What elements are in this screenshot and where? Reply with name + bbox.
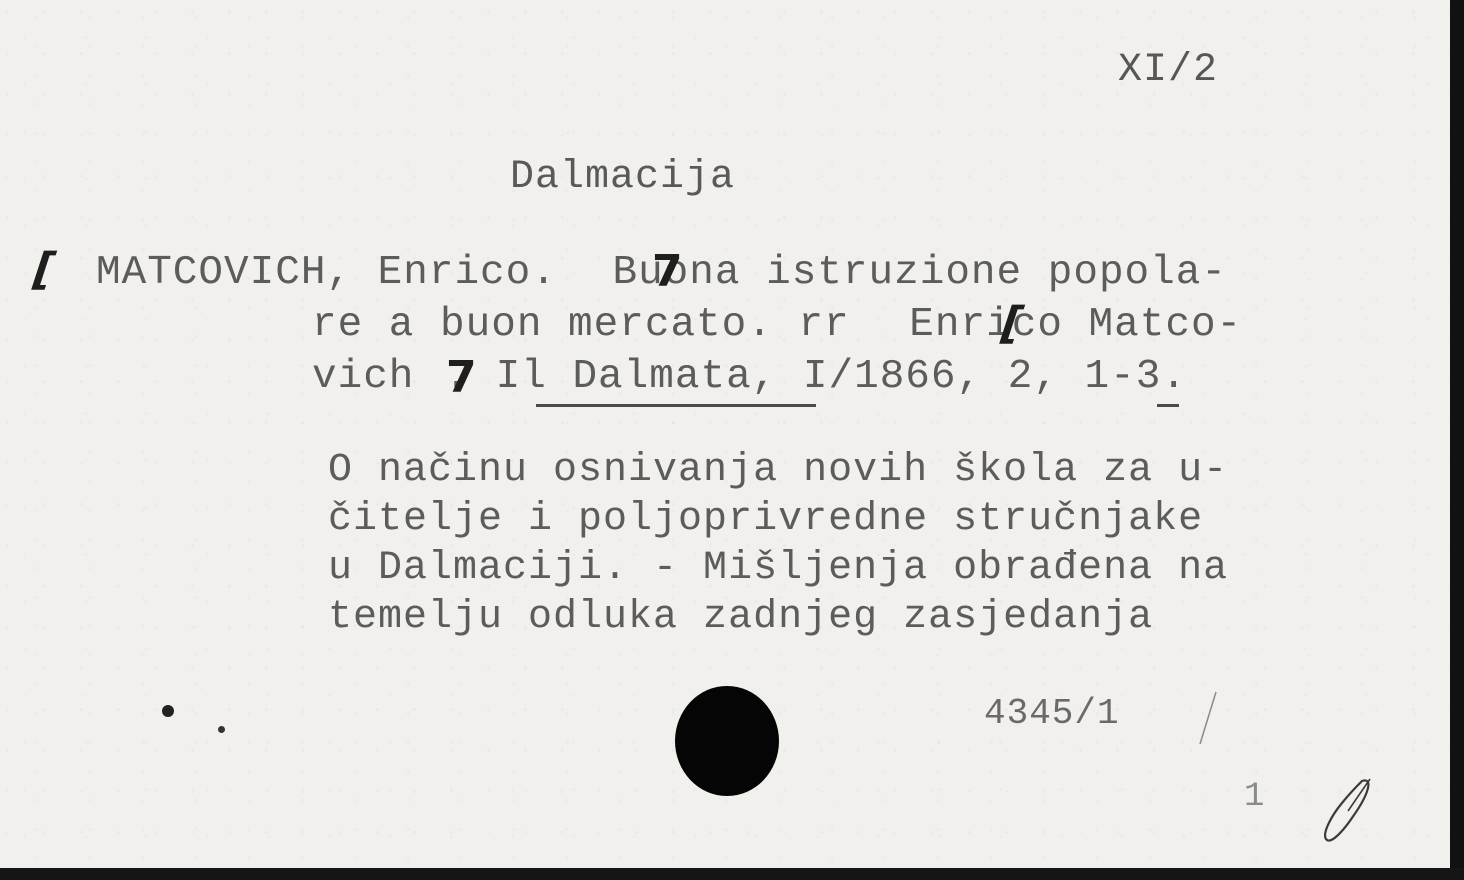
- card-bottom-edge: [0, 868, 1464, 880]
- issue-number-underline: [1157, 404, 1179, 407]
- editorial-bracket-close: 7: [652, 246, 683, 297]
- editorial-bracket-open: [: [26, 244, 63, 295]
- handwritten-zero-icon: [1318, 775, 1378, 847]
- title-start: Buona istruzione popola-: [587, 250, 1227, 296]
- subject-heading: Dalmacija: [510, 155, 735, 200]
- periodical-title-underline: [536, 404, 816, 407]
- annotation-line-4: temelju odluka zadnjeg zasjedanja: [328, 595, 1153, 640]
- source-citation: . Il Dalmata, I/1866, 2, 1-3.: [444, 354, 1187, 400]
- ink-spot-small: [218, 726, 225, 733]
- entry-line-3: vich. Il Dalmata, I/1866, 2, 1-3.: [312, 354, 1187, 400]
- author-name: MATCOVICH, Enrico.: [96, 250, 557, 296]
- ink-spot: [162, 705, 174, 717]
- catalog-card: XI/2 Dalmacija [ MATCOVICH, Enrico. Buon…: [0, 0, 1450, 868]
- annotation-line-3: u Dalmaciji. - Mišljenja obrađena na: [328, 546, 1228, 591]
- call-number: XI/2: [1118, 48, 1218, 93]
- annotation-line-1: O načinu osnivanja novih škola za u-: [328, 448, 1228, 493]
- punch-hole: [675, 686, 779, 796]
- copy-count: 1: [1244, 778, 1265, 816]
- author-attribution-end: vich: [312, 354, 414, 400]
- accession-number: 4345/1: [984, 693, 1120, 734]
- editorial-bracket-close-2: 7: [446, 352, 477, 403]
- entry-line-2: re a buon mercato. rr Enrico Matco-: [312, 302, 1242, 348]
- card-right-edge: [1450, 0, 1464, 880]
- title-continued: re a buon mercato. rr: [312, 302, 875, 348]
- pencil-slash-icon: [1196, 690, 1220, 746]
- annotation-line-2: čitelje i poljoprivredne stručnjake: [328, 497, 1203, 542]
- author-attribution: Enrico Matco-: [909, 302, 1242, 348]
